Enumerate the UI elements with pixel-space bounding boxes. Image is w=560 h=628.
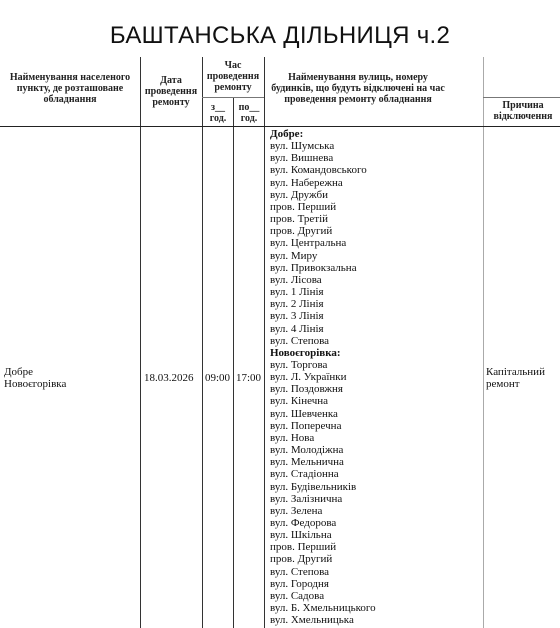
street-item: вул. Поздовжня <box>270 383 376 395</box>
streets-list: Добре:вул. Шумськавул. Вишневавул. Коман… <box>270 128 376 626</box>
street-item: вул. Садова <box>270 590 376 602</box>
street-item: вул. Шумська <box>270 140 376 152</box>
header-date: Дата проведення ремонту <box>143 75 199 108</box>
col-divider <box>483 57 484 628</box>
street-item: вул. Городня <box>270 578 376 590</box>
col-divider <box>202 57 203 628</box>
settlement-name: Добре <box>4 366 66 378</box>
col-divider <box>264 57 265 628</box>
street-item: вул. Поперечна <box>270 420 376 432</box>
street-item: вул. Командовського <box>270 164 376 176</box>
street-item: вул. 1 Лінія <box>270 286 376 298</box>
street-item: вул. Степова <box>270 335 376 347</box>
street-item: вул. Центральна <box>270 237 376 249</box>
header-time-to: по__ год. <box>234 102 264 124</box>
street-item: вул. Хмельницька <box>270 614 376 626</box>
street-item: пров. Перший <box>270 201 376 213</box>
settlement-cell: Добре Новоєгорівка <box>4 366 66 390</box>
street-item: вул. Набережна <box>270 177 376 189</box>
street-item: пров. Третій <box>270 213 376 225</box>
street-item: пров. Перший <box>270 541 376 553</box>
street-item: вул. Молодіжна <box>270 444 376 456</box>
street-item: пров. Другий <box>270 225 376 237</box>
street-item: вул. 4 Лінія <box>270 323 376 335</box>
street-item: вул. Стадіонна <box>270 468 376 480</box>
col-divider <box>140 57 141 628</box>
street-item: пров. Другий <box>270 553 376 565</box>
time-subheader-line <box>202 97 264 98</box>
header-settlement: Найменування населеного пункту, де розта… <box>4 72 136 105</box>
header-bottom-line <box>0 126 560 127</box>
street-group-title: Новоєгорівка: <box>270 347 376 359</box>
street-item: вул. 3 Лінія <box>270 310 376 322</box>
reason-cell: Капітальний ремонт <box>486 366 545 390</box>
street-item: вул. 2 Лінія <box>270 298 376 310</box>
street-item: вул. Миру <box>270 250 376 262</box>
header-reason: Причина відключення <box>486 100 560 122</box>
time-from-cell: 09:00 <box>205 372 230 384</box>
col-divider <box>233 97 234 628</box>
reason-header-line <box>483 97 560 98</box>
street-item: вул. Кінечна <box>270 395 376 407</box>
street-item: вул. Дружби <box>270 189 376 201</box>
street-item: вул. Шкільна <box>270 529 376 541</box>
street-item: вул. Федорова <box>270 517 376 529</box>
header-time-group: Час проведення ремонту <box>203 60 263 93</box>
street-item: вул. Привокзальна <box>270 262 376 274</box>
street-group-title: Добре: <box>270 128 376 140</box>
reason-text: ремонт <box>486 378 545 390</box>
street-item: вул. Б. Хмельницького <box>270 602 376 614</box>
page-title: БАШТАНСЬКА ДІЛЬНИЦЯ ч.2 <box>0 22 560 50</box>
reason-text: Капітальний <box>486 366 545 378</box>
street-item: вул. Шевченка <box>270 408 376 420</box>
street-item: вул. Нова <box>270 432 376 444</box>
street-item: вул. Торгова <box>270 359 376 371</box>
street-item: вул. Л. Українки <box>270 371 376 383</box>
header-time-from: з__ год. <box>204 102 232 124</box>
street-item: вул. Будівельників <box>270 481 376 493</box>
settlement-name: Новоєгорівка <box>4 378 66 390</box>
date-cell: 18.03.2026 <box>144 372 194 384</box>
street-item: вул. Лісова <box>270 274 376 286</box>
time-to-cell: 17:00 <box>236 372 261 384</box>
street-item: вул. Мельнична <box>270 456 376 468</box>
street-item: вул. Залізнична <box>270 493 376 505</box>
street-item: вул. Степова <box>270 566 376 578</box>
street-item: вул. Вишнева <box>270 152 376 164</box>
header-streets: Найменування вулиць, номеру будинків, що… <box>268 72 448 105</box>
street-item: вул. Зелена <box>270 505 376 517</box>
